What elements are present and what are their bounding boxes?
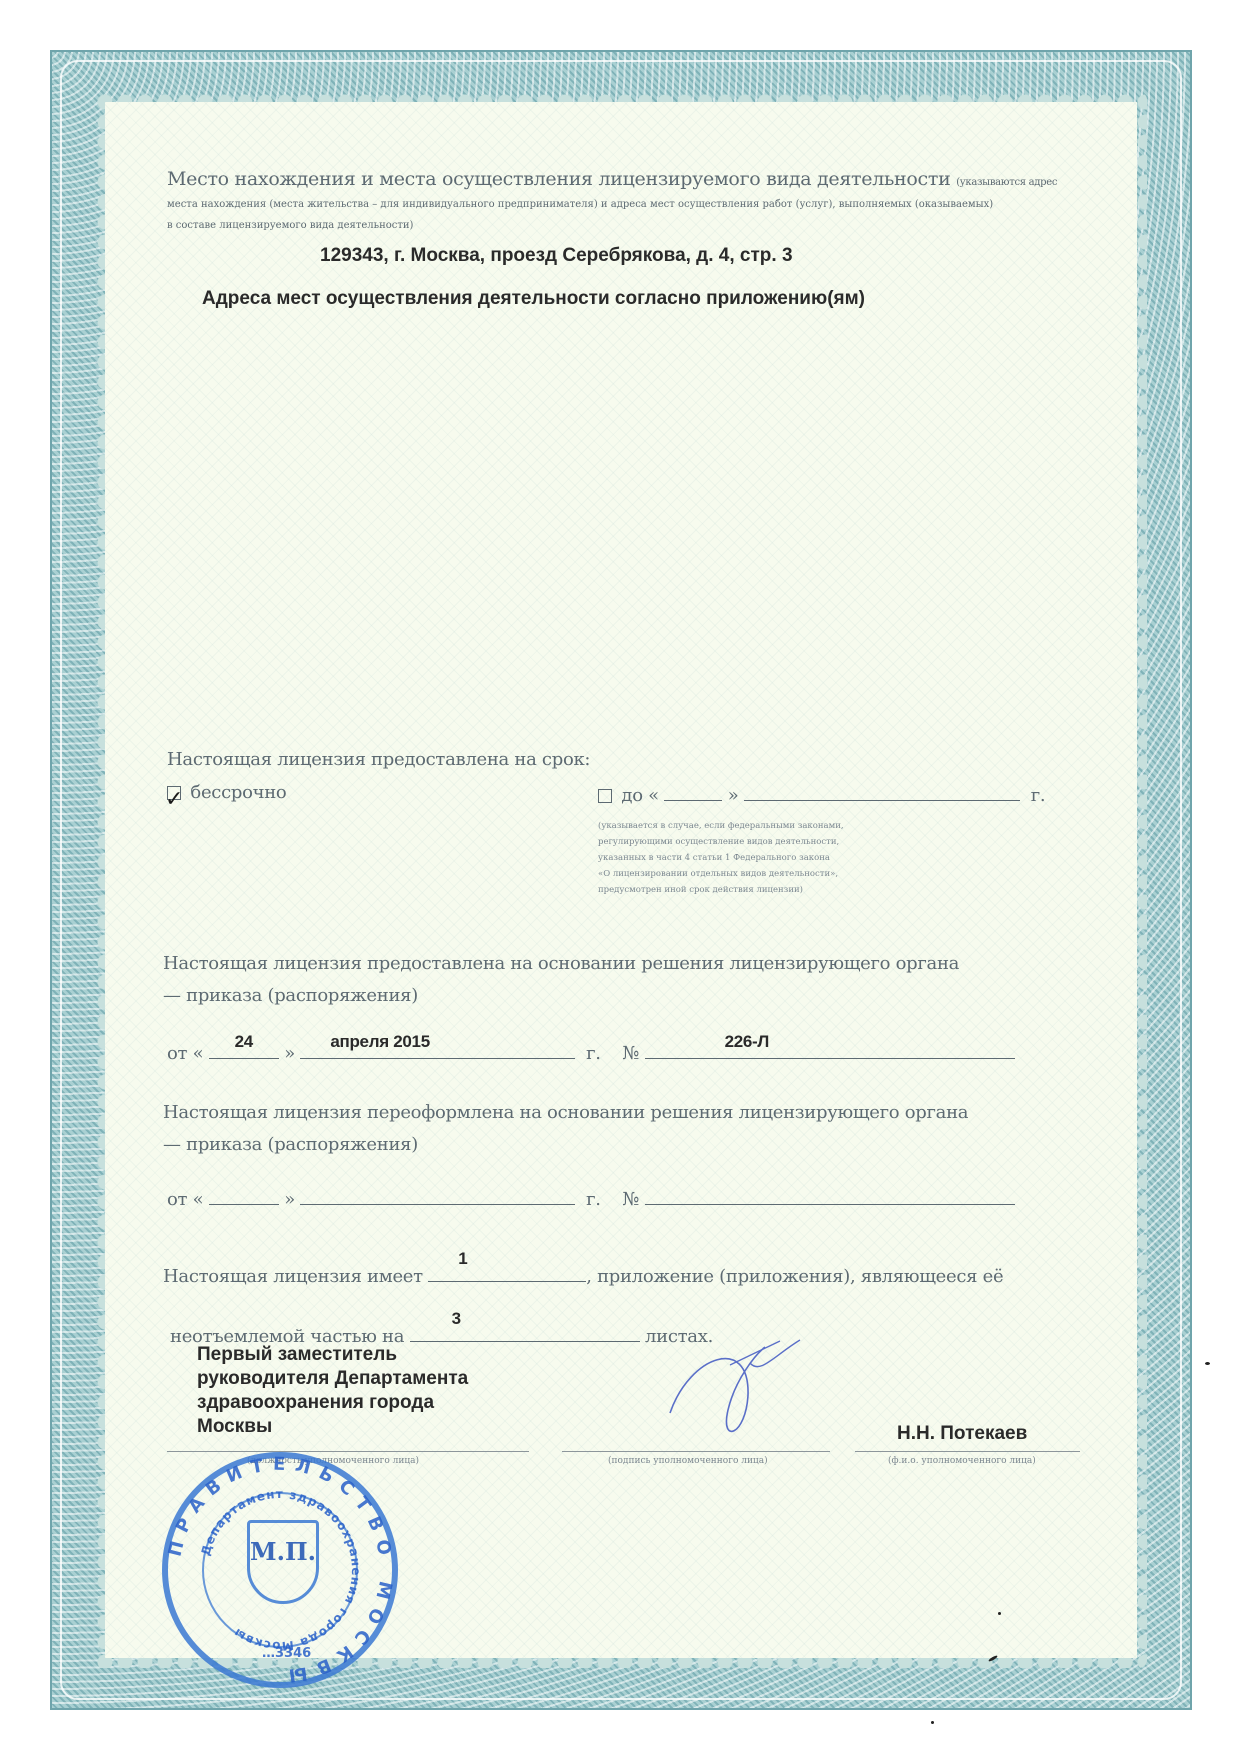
section-heading: Место нахождения и места осуществления л… — [167, 168, 1057, 190]
reissue-basis-line2: — приказа (распоряжения) — [163, 1134, 418, 1155]
signatory-name: Н.Н. Потекаев — [897, 1423, 1027, 1445]
checkmark-icon: ✓ — [165, 789, 183, 811]
address-appendix-note: Адреса мест осуществления деятельности с… — [202, 288, 865, 310]
quote-close: » — [284, 1043, 295, 1064]
appendix-text-after: приложение (приложения), являющееся её — [597, 1266, 1003, 1287]
license-address: 129343, г. Москва, проезд Серебрякова, д… — [320, 245, 793, 267]
position-line: Первый заместитель — [197, 1343, 468, 1367]
heading-note-line-2: места нахождения (места жительства – для… — [167, 199, 993, 210]
appendix-text-before: Настоящая лицензия имеет — [163, 1266, 423, 1287]
reissue-order-row: от « » г. № — [167, 1186, 1015, 1210]
seal-label: М.П. — [250, 1537, 316, 1566]
position-line: Москвы — [197, 1415, 468, 1439]
signature-mark — [660, 1335, 810, 1445]
reissue-number-field[interactable] — [645, 1186, 1015, 1205]
scan-speck — [998, 1612, 1001, 1615]
position-line: здравоохранения города — [197, 1391, 468, 1415]
appendix-row: Настоящая лицензия имеет 1, приложение (… — [163, 1263, 1003, 1287]
heading-main: Место нахождения и места осуществления л… — [167, 168, 950, 190]
unlimited-label: бессрочно — [190, 782, 286, 803]
position-line: руководителя Департамента — [197, 1367, 468, 1391]
term-label: Настоящая лицензия предоставлена на срок… — [167, 749, 590, 770]
term-footnote-line: (указывается в случае, если федеральными… — [598, 818, 844, 834]
unlimited-checkbox[interactable]: ✓ — [167, 786, 181, 800]
quote-close: » — [284, 1189, 295, 1210]
appendix-count-field[interactable]: 1 — [428, 1263, 586, 1282]
grant-day-field[interactable]: 24 — [209, 1040, 279, 1059]
official-seal-stamp: ПРАВИТЕЛЬСТВО МОСКВЫ Департамент здравоо… — [162, 1452, 398, 1688]
scan-speck — [931, 1721, 934, 1724]
grant-month-year-field[interactable]: апреля 2015 — [300, 1040, 575, 1059]
moscow-coat-of-arms-icon: М.П. — [247, 1520, 319, 1604]
reissue-day-field[interactable] — [209, 1186, 279, 1205]
heading-note-line-3: в составе лицензируемого вида деятельнос… — [167, 220, 413, 231]
grant-day-value: 24 — [209, 1032, 279, 1052]
quote-close: » — [728, 785, 739, 806]
until-day-field[interactable] — [664, 782, 722, 801]
term-footnote-line: предусмотрен иной срок действия лицензии… — [598, 882, 844, 898]
signature-line-rule — [562, 1451, 830, 1452]
term-until-option[interactable]: до « » г. — [598, 782, 1045, 806]
grant-number-value: 226-Л — [725, 1032, 1015, 1052]
term-footnote-line: «О лицензировании отдельных видов деятел… — [598, 866, 844, 882]
from-label: от « — [167, 1043, 203, 1064]
grant-basis-line2: — приказа (распоряжения) — [163, 985, 418, 1006]
term-footnote-line: указанных в части 4 статьи 1 Федеральног… — [598, 850, 844, 866]
reissue-basis-line1: Настоящая лицензия переоформлена на осно… — [163, 1102, 968, 1123]
signature-caption: (подпись уполномоченного лица) — [608, 1456, 768, 1466]
scan-speck — [1205, 1362, 1210, 1365]
term-footnote-line: регулирующими осуществление видов деятел… — [598, 834, 844, 850]
from-label: от « — [167, 1189, 203, 1210]
year-suffix: г. — [586, 1043, 601, 1064]
name-line-rule — [855, 1451, 1080, 1452]
number-label: № — [622, 1189, 639, 1210]
svg-text:…3346: …3346 — [262, 1646, 311, 1661]
grant-month-year-value: апреля 2015 — [330, 1032, 575, 1052]
signatory-position: Первый заместитель руководителя Департам… — [197, 1343, 468, 1439]
term-unlimited-option[interactable]: ✓ бессрочно — [167, 782, 286, 803]
sheets-count-field[interactable]: 3 — [410, 1323, 640, 1342]
until-month-year-field[interactable] — [744, 782, 1020, 801]
sheets-count-value: 3 — [452, 1309, 640, 1329]
grant-order-row: от « 24 » апреля 2015 г. № 226-Л — [167, 1040, 1015, 1064]
grant-basis-line1: Настоящая лицензия предоставлена на осно… — [163, 953, 959, 974]
appendix-count-value: 1 — [458, 1249, 586, 1269]
until-checkbox[interactable] — [598, 789, 612, 803]
year-suffix: г. — [1031, 785, 1046, 806]
number-label: № — [622, 1043, 639, 1064]
name-caption: (ф.и.о. уполномоченного лица) — [888, 1456, 1036, 1466]
grant-number-field[interactable]: 226-Л — [645, 1040, 1015, 1059]
term-footnote: (указывается в случае, если федеральными… — [598, 818, 844, 898]
heading-note: (указываются адрес — [956, 177, 1057, 188]
reissue-month-year-field[interactable] — [300, 1186, 575, 1205]
until-label: до « — [621, 785, 658, 806]
year-suffix: г. — [586, 1189, 601, 1210]
